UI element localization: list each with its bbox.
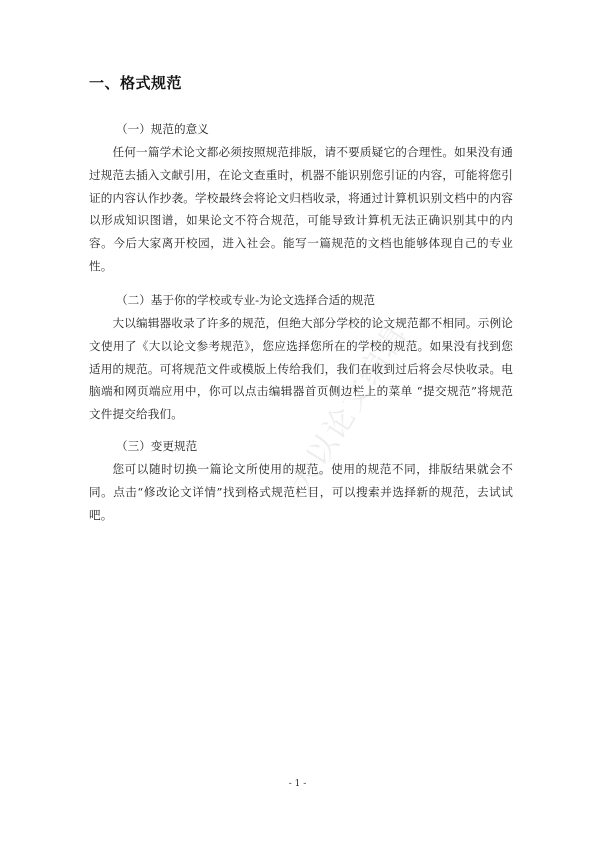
section-heading: 一、格式规范 xyxy=(89,72,182,93)
paragraph-2: 大以编辑器收录了许多的规范，但绝大部分学校的论文规范都不相同。示例论文使用了《大… xyxy=(89,312,513,426)
document-page: 大以论文编辑 一、格式规范 （一）规范的意义 任何一篇学术论文都必须按照规范排版… xyxy=(0,0,595,842)
page-number: - 1 - xyxy=(0,779,595,789)
paragraph-3: 您可以随时切换一篇论文所使用的规范。使用的规范不同，排版结果就会不同。点击“修改… xyxy=(89,458,513,526)
paragraph-1: 任何一篇学术论文都必须按照规范排版，请不要质疑它的合理性。如果没有通过规范去插入… xyxy=(89,141,513,278)
subsection-title-1: （一）规范的意义 xyxy=(116,121,209,137)
subsection-title-3: （三）变更规范 xyxy=(116,438,197,454)
subsection-title-2: （二）基于你的学校或专业-为论文选择合适的规范 xyxy=(116,292,375,308)
